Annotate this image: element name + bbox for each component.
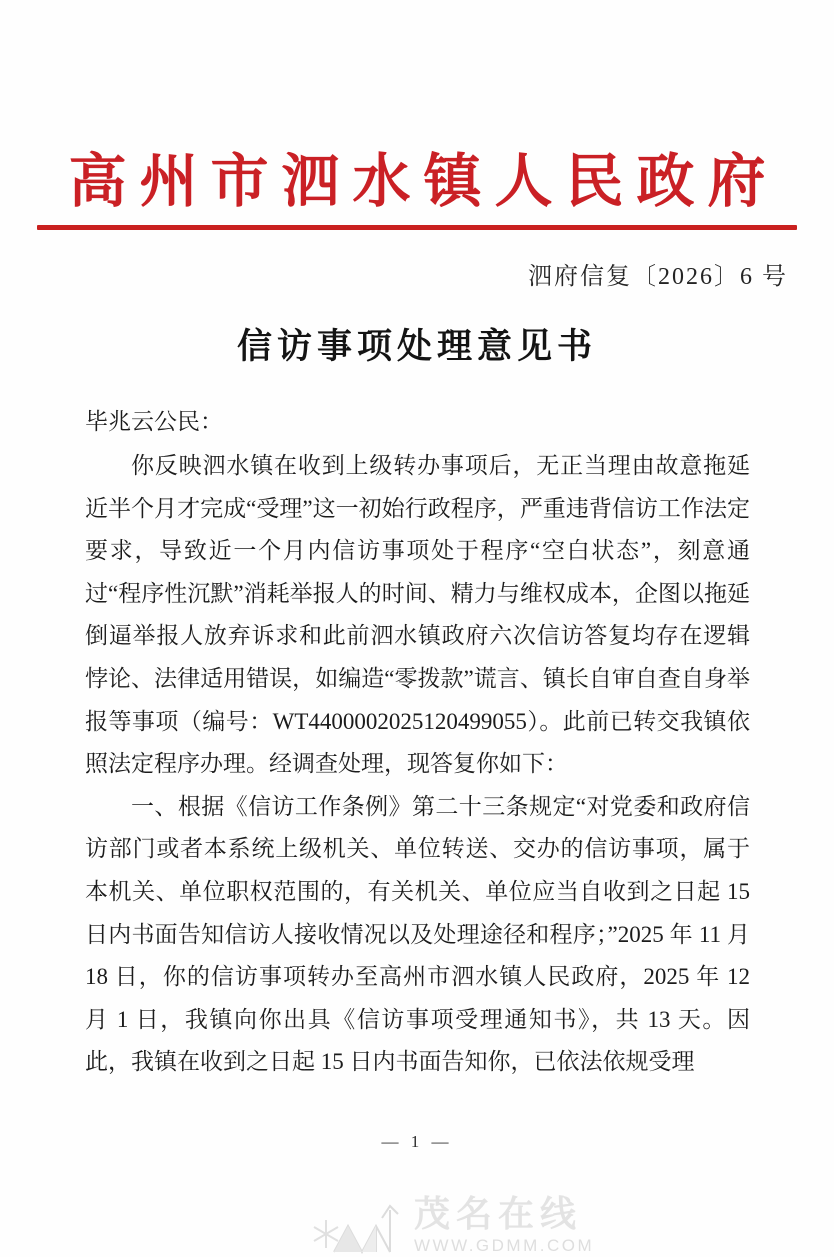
- site-watermark: 茂名在线 WWW.GDMM.COM: [312, 1196, 594, 1257]
- body-paragraph-2: 一、根据《信访工作条例》第二十三条规定“对党委和政府信访部门或者本系统上级机关、…: [85, 786, 750, 1084]
- body-paragraph-1: 你反映泗水镇在收到上级转办事项后，无正当理由故意拖延近半个月才完成“受理”这一初…: [85, 445, 750, 786]
- page-number: — 1 —: [0, 1132, 834, 1152]
- watermark-site-url: WWW.GDMM.COM: [414, 1236, 594, 1256]
- letterhead-divider-rule: [37, 225, 797, 230]
- maoming-online-logo-icon: [312, 1196, 404, 1257]
- watermark-text-block: 茂名在线 WWW.GDMM.COM: [414, 1196, 594, 1256]
- document-reference-number: 泗府信复〔2026〕6 号: [0, 256, 834, 291]
- watermark-site-name: 茂名在线: [414, 1196, 594, 1232]
- letter-body: 毕兆云公民： 你反映泗水镇在收到上级转办事项后，无正当理由故意拖延近半个月才完成…: [85, 401, 750, 1085]
- agency-letterhead-title: 高州市泗水镇人民政府: [0, 146, 834, 219]
- document-title: 信访事项处理意见书: [0, 319, 834, 369]
- scanned-official-letter-page: 高州市泗水镇人民政府 泗府信复〔2026〕6 号 信访事项处理意见书 毕兆云公民…: [0, 0, 834, 1257]
- salutation-addressee: 毕兆云公民：: [85, 401, 750, 444]
